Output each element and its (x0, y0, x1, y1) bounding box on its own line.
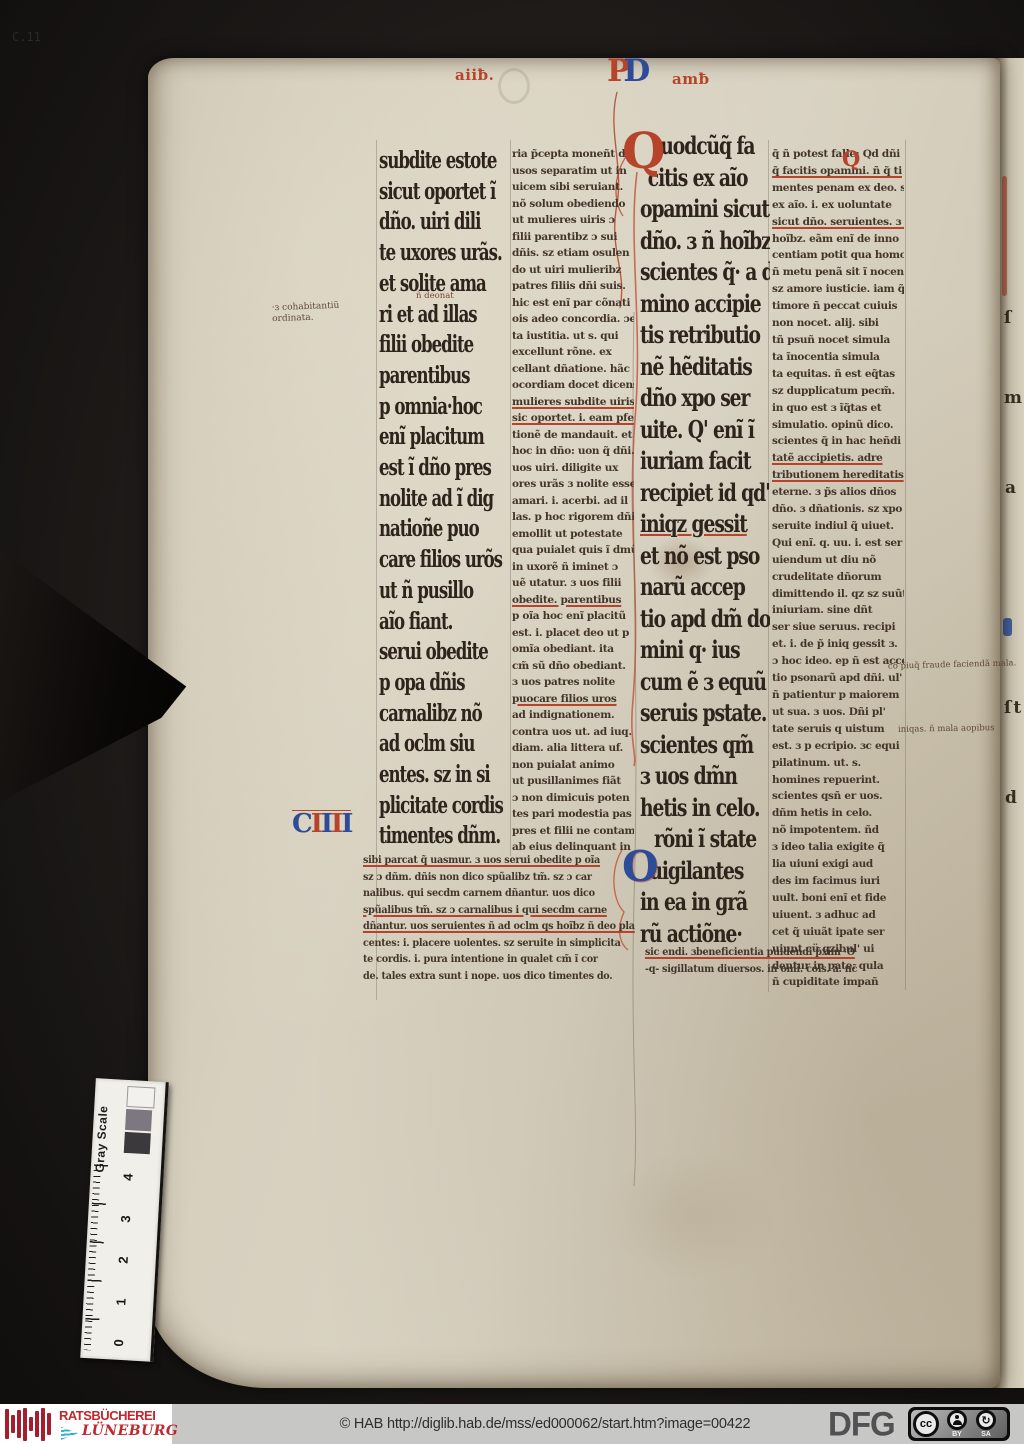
text-line: hic est enĩ par cõnati (512, 295, 634, 312)
chapter-numeral: CIIII (292, 810, 351, 837)
text-line: opamini sicut (640, 193, 741, 225)
text-line: in uxorẽ ñ iminet ɔ (512, 559, 634, 576)
text-line: Qui enĩ. q. uu. i. est ser (772, 535, 904, 552)
text-line: tis retributio (640, 319, 741, 351)
text-line: tñ psuñ nocet simula (772, 332, 904, 349)
text-line: cet q̃ uiuãt ipate ser (772, 924, 904, 941)
quire-signature-left: aiiƀ. (455, 66, 494, 84)
text-line: diam. alia littera uf. (512, 740, 634, 757)
ruler-ticks-major (84, 1164, 108, 1350)
text-line: contra uos ut. ad iuq. (512, 724, 634, 741)
text-line: mini q· ius (640, 634, 741, 666)
text-line: ñ patientur p maiorem (772, 687, 904, 704)
text-line: plicitate cordis (379, 791, 477, 822)
text-line: ɜ ideo talia exigite q̃ (772, 839, 904, 856)
cc-icon: cc (913, 1411, 939, 1437)
text-line: sz dupplicatum pecm̃. (772, 383, 904, 400)
text-line: simulatio. opinũ dico. (772, 417, 904, 434)
cc-by-unit: BY (947, 1410, 967, 1438)
text-line: ñ metu penã sit ĩ nocens. (772, 264, 904, 281)
text-line: sicut dño. seruientes. ɜ ñ (772, 214, 904, 231)
text-line: sicut oportet ĩ (379, 177, 477, 208)
text-line: timore ñ peccat cuiuis (772, 298, 904, 315)
text-line: cm̃ sũ dño obediant. (512, 658, 634, 675)
facing-text-fragment: d (1005, 788, 1019, 808)
text-line: 4 (110, 1163, 145, 1191)
text-line: uiunt cü qzibul' ui (772, 941, 904, 958)
text-line: cellant dñatione. hãc (512, 361, 634, 378)
text-line: q̃ facitis opamini. ñ q̃ ti (772, 163, 904, 180)
text-line: I (311, 811, 321, 837)
text-line: te uxores urãs. (379, 238, 477, 269)
photo-stage: C.11 ſ m a ſt d aiiƀ. PD amƀ ·ɜ cohabita… (0, 0, 1024, 1444)
text-line: I (321, 811, 331, 837)
text-line: centes: i. placere uolentes. sz seruite … (363, 935, 615, 952)
text-line: pres et filii ne contam (512, 823, 634, 840)
text-line: seruis pstate. (640, 697, 741, 729)
grayscale-reference-card: Gray Scale 43210 (80, 1078, 169, 1362)
text-line: ut mulieres uiris ɔ (512, 212, 634, 229)
text-line: tributionem hereditatis (772, 467, 904, 484)
gloss-column-middle: ria p̃cepta moneñt diusos separatim ut i… (512, 146, 634, 858)
text-line: amari. i. acerbi. ad il (512, 493, 634, 510)
decorated-initial-Q: Q (622, 126, 666, 176)
text-line: iuriam facit (640, 445, 741, 477)
text-line: narũ accep (640, 571, 741, 603)
text-line: D (623, 56, 650, 87)
text-line: care filios urõs (379, 545, 477, 576)
text-line: uiendum ut diu nõ (772, 552, 904, 569)
decorated-initial-O: O (622, 846, 659, 888)
facing-initial-fragment-blue (1003, 618, 1012, 636)
text-line: des im facimus iuri (772, 873, 904, 890)
text-line: ɜ uos dm̃n (640, 760, 741, 792)
text-line: et nõ est pso (640, 540, 741, 572)
text-line: ex aĩo. i. ex uoluntate (772, 197, 904, 214)
text-line: et. i. de p̃ iniq gessit ɜ. (772, 636, 904, 653)
text-line: scientes q̃ in hac heñdi (772, 433, 904, 450)
text-line: ɔ non dimicuis poten (512, 790, 634, 807)
text-line: mino accipie (640, 288, 741, 320)
text-line: ois adeo concordia. ɔela (512, 311, 634, 328)
person-icon (947, 1410, 967, 1430)
text-line: puocare filios uros (512, 691, 634, 708)
running-title-initials: PD (607, 56, 650, 87)
text-line: 0 (100, 1329, 135, 1357)
text-line: ri et ad illas (379, 300, 477, 331)
text-line: emollit ut potestate (512, 526, 634, 543)
text-line: ad oclm siu (379, 729, 477, 760)
text-line: do ut uiri mulieribz (512, 262, 634, 279)
text-line: nẽ hẽditatis (640, 351, 741, 383)
text-line: serui obedite (379, 637, 477, 668)
text-line: sic oportet. i. eam pfec (512, 410, 634, 427)
text-line: ad indignationem. (512, 707, 634, 724)
text-line: I (331, 811, 341, 837)
text-line: filii obedite (379, 330, 477, 361)
text-line: 3 (107, 1205, 142, 1233)
text-line: est ĩ dño pres (379, 453, 477, 484)
text-line: p omnia·hoc (379, 392, 477, 423)
attribution-bar: RATSBÜCHEREI LÜNEBURG © HAB http://digli… (0, 1404, 1024, 1444)
text-line: q̃ ñ potest falle: Qd dñi (772, 146, 904, 163)
text-line: parentibus (379, 361, 477, 392)
text-line: omĩa obediant. ita (512, 641, 634, 658)
grayscale-patch-white (126, 1086, 155, 1109)
text-line: nõ impotentem. ñd (772, 822, 904, 839)
text-line: ta iustitia. ut s. qui (512, 328, 634, 345)
text-line: lia uiuni exigi aud (772, 856, 904, 873)
text-line: iniuriam. sine dñt (772, 602, 904, 619)
text-line: eterne. ɜ p̃s alios dños (772, 484, 904, 501)
text-line: dño. uiri dili (379, 207, 477, 238)
text-line: cum ẽ ɜ equũ (640, 666, 741, 698)
text-line: non puialat animo (512, 757, 634, 774)
text-line: dentur in pate. qula (772, 958, 904, 975)
right-margin-note: iniqas. ñ mala aopibus (898, 723, 995, 736)
text-line: 2 (105, 1246, 140, 1274)
text-line: scientes qsñ er uos. (772, 788, 904, 805)
share-alike-arrow-icon: ↻ (976, 1410, 996, 1430)
by-label: BY (952, 1431, 962, 1438)
text-line: est. ɜ p ecripio. ɜc equi (772, 738, 904, 755)
text-line: tes pari modestia pas (512, 806, 634, 823)
text-line: dñis. sz etiam osulen (512, 245, 634, 262)
text-line: dssiandi. sz officio con (772, 991, 904, 994)
text-line: nolite ad ĩ dig (379, 484, 477, 515)
text-line: dño. ɜ ñ hoĩbz (640, 225, 741, 257)
left-margin-note: ·ɜ cohabitantiũ ordinata. (272, 301, 340, 325)
text-line: tionẽ de mandauit. et (512, 427, 634, 444)
text-line: uult. boni enĩ et fide (772, 890, 904, 907)
grayscale-patches (124, 1086, 154, 1156)
text-line: scientes q̃· a do (640, 256, 741, 288)
facing-text-fragment: a (1005, 478, 1018, 498)
main-text-column-left: subdite estotesicut oportet ĩdño. uiri d… (379, 146, 515, 854)
text-line: ɔ hoc ideo. ep ñ est accep (772, 653, 904, 670)
text-line: mentes penam ex deo. sz (772, 180, 904, 197)
text-line: sz amore iusticie. iam q̃ (772, 281, 904, 298)
text-line: ut pusillanimes fiãt (512, 773, 634, 790)
text-line: est. i. placet deo ut p (512, 625, 634, 642)
gloss-paragraph-bottom: sibi parcat q̃ uasmur. ɜ uos serui obedi… (363, 852, 637, 988)
text-line: 1 (103, 1287, 138, 1315)
text-line: ores urãs ɜ nolite esse (512, 476, 634, 493)
text-line: dño xpo ser (640, 382, 741, 414)
ruling-line (905, 140, 906, 990)
text-line: non nocet. alij. sibi (772, 315, 904, 332)
text-line: aĩo fiant. (379, 607, 477, 638)
cc-license-badge[interactable]: cc BY ↻ SA (908, 1407, 1010, 1441)
gloss-initial-Q: Q (842, 148, 860, 169)
facing-text-fragment: ſ (1004, 308, 1013, 328)
sa-label: SA (981, 1431, 991, 1438)
text-line: crudelitate dñorum (772, 569, 904, 586)
interlinear-gloss: ñ deonat (416, 291, 454, 301)
text-line: dño. ɜ dñationis. sz xpo (772, 501, 904, 518)
gloss-column-right: q̃ ñ potest falle: Qd dñiq̃ facitis opam… (772, 146, 904, 994)
text-line: hoc in dño: uon q̃ dñi. (512, 443, 634, 460)
faint-stamp-ghost (498, 68, 530, 104)
text-line: uite. Q' enĩ ĩ (640, 414, 741, 446)
text-line: ta ĩnocentia simula (772, 349, 904, 366)
text-line: sibi parcat q̃ uasmur. ɜ uos serui obedi… (363, 852, 615, 869)
text-line: ta equitas. ñ est eq̃tas (772, 366, 904, 383)
text-line: spũalibus tm̃. sz ɔ carnalibus i qui sec… (363, 902, 615, 919)
text-line: uos uiri. diligite ux (512, 460, 634, 477)
text-line: in quo est ɜ ĩq̃tas et (772, 400, 904, 417)
main-text-column-right: uodcũq̃ facitis ex aĩoopamini sicutdño. … (640, 130, 770, 952)
text-line: p oĩa hoc enĩ placitũ (512, 608, 634, 625)
text-line: entes. sz in si (379, 760, 477, 791)
text-line: ocordiam docet dicens. (512, 377, 634, 394)
text-line: te cordis. i. pura intentione in qualet … (363, 951, 615, 968)
quire-signature-right: amƀ (672, 70, 710, 88)
facing-text-fragment: m (1004, 388, 1024, 408)
dfg-logo: DFG (828, 1403, 895, 1444)
text-line: ut sua. ɜ uos. Dñi pl' (772, 704, 904, 721)
grayscale-patch-mid (125, 1109, 152, 1131)
text-line: uiuent. ɜ adhuc ad (772, 907, 904, 924)
text-line: ria p̃cepta moneñt di (512, 146, 634, 163)
text-line: usos separatim ut in (512, 163, 634, 180)
grayscale-patch-dark (124, 1132, 151, 1154)
text-line: nõ solum obediendo (512, 196, 634, 213)
text-line: tio apd dm̃ do (640, 603, 741, 635)
text-line: ser siue seruus. recipi (772, 619, 904, 636)
text-line: hetis in celo. (640, 792, 741, 824)
text-line: uicem sibi seruiant. (512, 179, 634, 196)
text-line: de. tales extra sunt i nope. uos dico ti… (363, 968, 615, 985)
text-line: obedite. parentibus (512, 592, 634, 609)
text-line: las. p hoc rigorem dñii (512, 509, 634, 526)
text-line: scientes qm̃ (640, 729, 741, 761)
cc-sa-unit: ↻ SA (976, 1410, 996, 1438)
margin-note-line: ordinata. (272, 312, 340, 325)
text-line: pilatinum. ut. s. (772, 755, 904, 772)
text-line: dñantur. uos seruientes ñ ad oclm qs hoĩ… (363, 918, 615, 935)
text-line: C (292, 811, 311, 837)
corner-pencil-mark: C.11 (12, 30, 41, 44)
text-line: homines repuerint. (772, 772, 904, 789)
facing-text-fragment: ſt (1004, 698, 1023, 718)
text-line: nalibus. qui secdm carnem dñantur. uos d… (363, 885, 615, 902)
text-line: hoĩbz. eãm enĩ de inno (772, 231, 904, 248)
text-line: timentes dñm. (379, 821, 477, 852)
text-line: mulieres subdite uiris (512, 394, 634, 411)
text-line: qua puialet quis ĩ dmũ (512, 542, 634, 559)
text-line: tio psonarũ apd dñi. ul' (772, 670, 904, 687)
text-line: recipiet id qd' (640, 477, 741, 509)
text-line: natioñe puo (379, 514, 477, 545)
text-line: filii parentibz ɔ sui (512, 229, 634, 246)
text-line: dñm hetis in celo. (772, 805, 904, 822)
text-line: dimittendo il. qz sz suũt (772, 586, 904, 603)
text-line: tatẽ accipietis. adre (772, 450, 904, 467)
text-line: tate seruis q uistum (772, 721, 904, 738)
text-line: excellunt rõne. ex (512, 344, 634, 361)
facing-initial-fragment-red (1002, 176, 1007, 296)
text-line: seruite indiul q̃ uiuet. (772, 518, 904, 535)
text-line: carnalibz nõ (379, 699, 477, 730)
text-line: iniqz gessit (640, 508, 741, 540)
text-line: subdite estote (379, 146, 477, 177)
text-line: centiam potit qua homo (772, 247, 904, 264)
text-line: sz ɔ dñm. dñis non dico spũalibz tm̃. sz… (363, 869, 615, 886)
text-line: uẽ utatur. ɜ uos filii (512, 575, 634, 592)
text-line: ut ñ pusillo (379, 576, 477, 607)
text-line: enĩ placitum (379, 422, 477, 453)
text-line: I (341, 811, 351, 837)
text-line: p opa dñis (379, 668, 477, 699)
text-line: patres filiis dñi suis. (512, 278, 634, 295)
text-line: ñ cupiditate impañ (772, 974, 904, 991)
text-line: ɜ uos patres nolite (512, 674, 634, 691)
